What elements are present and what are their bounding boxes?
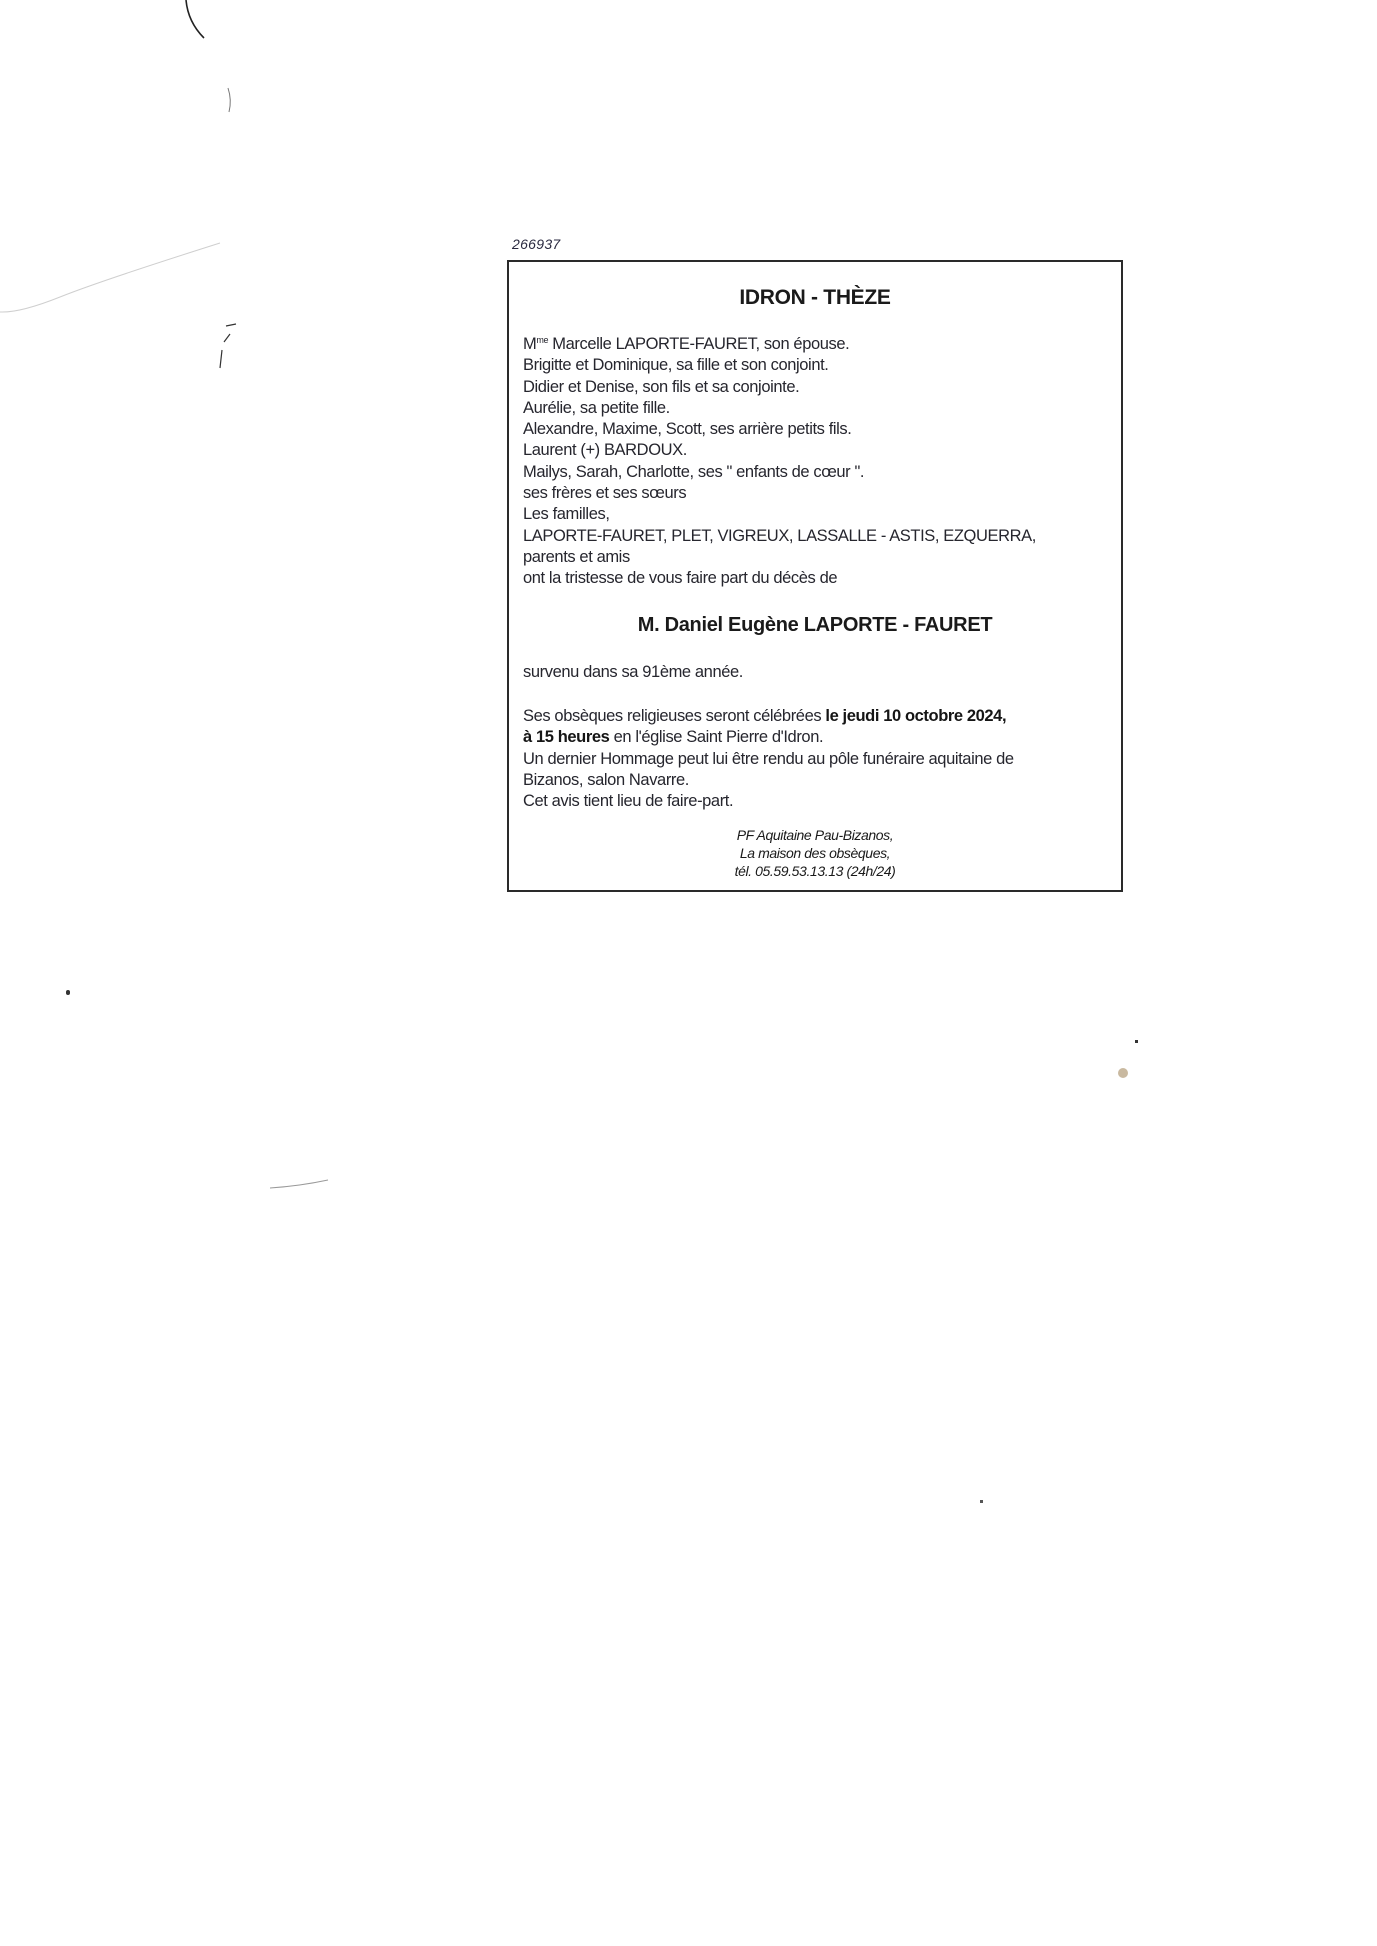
family-line: Les familles, bbox=[523, 504, 1111, 525]
family-line: ont la tristesse de vous faire part du d… bbox=[523, 568, 1111, 589]
age-line: survenu dans sa 91ème année. bbox=[523, 662, 743, 683]
family-line: Brigitte et Dominique, sa fille et son c… bbox=[523, 355, 1111, 376]
homage-line: Un dernier Hommage peut lui être rendu a… bbox=[523, 749, 1111, 770]
notice-location-title: IDRON - THÈZE bbox=[509, 286, 1121, 310]
scan-speck bbox=[980, 1500, 983, 1503]
family-line: ses frères et ses sœurs bbox=[523, 483, 1111, 504]
family-line: Didier et Denise, son fils et sa conjoin… bbox=[523, 377, 1111, 398]
funeral-date: le jeudi 10 octobre 2024, bbox=[825, 707, 1006, 725]
funeral-home-signature: PF Aquitaine Pau-Bizanos, La maison des … bbox=[509, 826, 1121, 880]
family-line: Alexandre, Maxime, Scott, ses arrière pe… bbox=[523, 419, 1111, 440]
family-line: Mailys, Sarah, Charlotte, ses " enfants … bbox=[523, 462, 1111, 483]
family-line: Mme Marcelle LAPORTE-FAURET, son épouse. bbox=[523, 330, 1111, 355]
scan-mark-line bbox=[0, 235, 230, 315]
scan-speck bbox=[1118, 1068, 1128, 1078]
funeral-time: à 15 heures bbox=[523, 728, 609, 746]
family-line: LAPORTE-FAURET, PLET, VIGREUX, LASSALLE … bbox=[523, 526, 1111, 547]
signature-phone: tél. 05.59.53.13.13 (24h/24) bbox=[509, 862, 1121, 880]
scan-mark-dash bbox=[270, 1178, 330, 1190]
signature-line: PF Aquitaine Pau-Bizanos, bbox=[509, 826, 1121, 844]
scan-mark-hook bbox=[208, 318, 248, 374]
scan-speck bbox=[1135, 1040, 1138, 1043]
reference-number: 266937 bbox=[512, 236, 561, 252]
homage-line: Bizanos, salon Navarre. bbox=[523, 770, 1111, 791]
funeral-line: Ses obsèques religieuses seront célébrée… bbox=[523, 706, 1111, 727]
funeral-details: Ses obsèques religieuses seront célébrée… bbox=[523, 706, 1111, 812]
family-line: Laurent (+) BARDOUX. bbox=[523, 440, 1111, 461]
scan-mark-curve bbox=[180, 0, 220, 45]
family-list: Mme Marcelle LAPORTE-FAURET, son épouse.… bbox=[523, 330, 1111, 590]
obituary-notice: IDRON - THÈZE Mme Marcelle LAPORTE-FAURE… bbox=[507, 260, 1123, 892]
funeral-line: à 15 heures en l'église Saint Pierre d'I… bbox=[523, 727, 1111, 748]
closing-line: Cet avis tient lieu de faire-part. bbox=[523, 791, 1111, 812]
family-line: Aurélie, sa petite fille. bbox=[523, 398, 1111, 419]
scan-speck bbox=[66, 990, 70, 995]
deceased-name: M. Daniel Eugène LAPORTE - FAURET bbox=[509, 614, 1121, 637]
scan-mark-bracket bbox=[224, 86, 236, 116]
family-line: parents et amis bbox=[523, 547, 1111, 568]
signature-line: La maison des obsèques, bbox=[509, 844, 1121, 862]
